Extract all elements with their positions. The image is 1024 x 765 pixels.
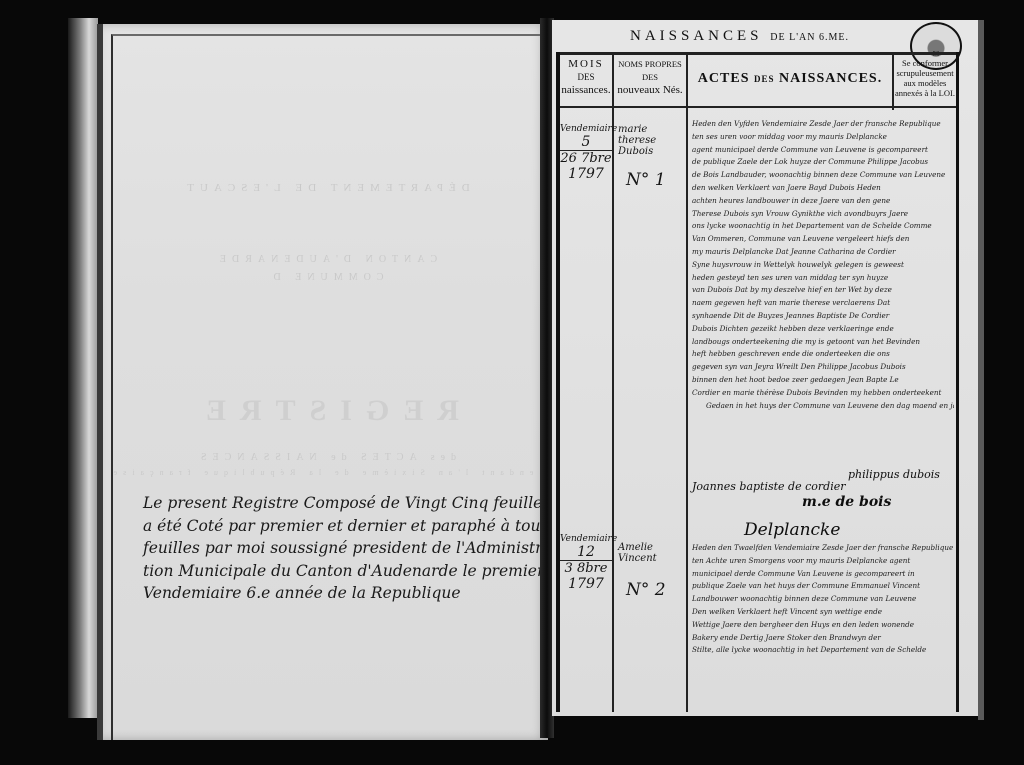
column-rule bbox=[612, 52, 614, 712]
text-line: de publique Zaele der Lok huyze der Comm… bbox=[692, 156, 954, 169]
text-line: Therese Dubois syn Vrouw Gynikthe vich a… bbox=[692, 208, 954, 221]
gregorian-date: 3 8bre bbox=[560, 560, 612, 576]
text-line: heden gesteyd ten ses uren van middag te… bbox=[692, 272, 954, 285]
text-line: ten ses uren voor middag voor my mauris … bbox=[692, 131, 954, 144]
note-line: a été Coté par premier et dernier et par… bbox=[143, 515, 543, 538]
header-word: ACTES bbox=[698, 71, 750, 86]
entry-1-date: Vendemiaire 5 26 7bre 1797 bbox=[560, 124, 612, 182]
bleed-through-title: REGISTRE bbox=[103, 394, 548, 428]
bleed-through-text: pendant l'an Sixième de la République fr… bbox=[103, 468, 548, 477]
column-rule bbox=[956, 52, 959, 712]
text-line: Syne huysvrouw in Wettelyk houwelyk gele… bbox=[692, 259, 954, 272]
signature-de-cordier: Joannes baptiste de cordier bbox=[692, 480, 845, 493]
text-line: municipael derde Commune Van Leuvene is … bbox=[692, 568, 954, 581]
text-line: agent municipael derde Commune van Leuve… bbox=[692, 144, 954, 157]
text-line: Landbouwer woonachtig binnen deze Commun… bbox=[692, 593, 954, 606]
text-line: Wettige Jaere den bergheer den Huys en d… bbox=[692, 619, 954, 632]
column-header-noms: NOMS PROPRES DES nouveaux Nés. bbox=[614, 58, 686, 97]
text-line: Dubois Dichten gezeikt hebben deze verkl… bbox=[692, 323, 954, 336]
column-header-note: Se conformer scrupuleusement aux modèles… bbox=[894, 58, 956, 98]
signature-philippus-dubois: philippus dubois bbox=[848, 468, 940, 481]
certification-note: Le present Registre Composé de Vingt Cin… bbox=[143, 492, 543, 605]
bleed-through-text: COMMUNE D bbox=[103, 272, 548, 283]
signature-m-de-bois: m.e de bois bbox=[802, 494, 891, 510]
bleed-through-text: CANTON D'AUDENARDE bbox=[103, 254, 548, 265]
entry-1-number: N° 1 bbox=[626, 170, 666, 190]
header-word: DES bbox=[754, 74, 775, 84]
text-line: binnen den het hoot bedoe zeer gedaegen … bbox=[692, 374, 954, 387]
entry-2-date: Vendemiaire 12 3 8bre 1797 bbox=[560, 534, 612, 592]
running-head: NAISSANCES DE L'AN 6.ME. bbox=[630, 28, 910, 45]
text-line: den welken Verklaert van Jaere Bayd Dubo… bbox=[692, 182, 954, 195]
closing-line: Gedaen in het huys der Commune van Leuve… bbox=[692, 400, 954, 413]
gregorian-date: 26 7bre bbox=[560, 150, 612, 166]
text-line: Van Ommeren, Commune van Leuvene vergele… bbox=[692, 233, 954, 246]
header-word: NAISSANCES. bbox=[779, 71, 882, 86]
right-page: NAISSANCES DE L'AN 6.ME. 50 MOIS DES nai… bbox=[552, 20, 980, 716]
entry-2-act-text: Heden den Twaelfden Vendemiaire Zesde Ja… bbox=[692, 542, 954, 657]
book-edge-right bbox=[978, 20, 984, 720]
text-line: Heden den Vyfden Vendemiaire Zesde Jaer … bbox=[692, 118, 954, 131]
note-line: Vendemiaire 6.e année de la Republique bbox=[143, 582, 543, 605]
left-page: DÉPARTEMENT DE L'ESCAUT CANTON D'AUDENAR… bbox=[97, 24, 548, 740]
header-line: DES bbox=[614, 71, 686, 84]
text-line: gegeven syn van Jeyra Wreilt Den Philipp… bbox=[692, 361, 954, 374]
text-line: achten heures landbouwer in deze Jaere v… bbox=[692, 195, 954, 208]
text-line: my mauris Delplancke Dat Jeanne Catharin… bbox=[692, 246, 954, 259]
republican-month: Vendemiaire bbox=[560, 534, 612, 544]
text-line: Stilte, alle lycke woonachtig in het Dep… bbox=[692, 644, 954, 657]
text-line: Cordier en marie thérèse Dubois Bevinden… bbox=[692, 387, 954, 400]
header-line: NOMS PROPRES bbox=[614, 58, 686, 71]
header-line: naissances. bbox=[560, 84, 612, 97]
entry-1-act-text: Heden den Vyfden Vendemiaire Zesde Jaer … bbox=[692, 118, 954, 412]
note-line: tion Municipale du Canton d'Audenarde le… bbox=[143, 560, 543, 583]
entry-2-name: Amelie Vincent bbox=[618, 542, 684, 564]
text-line: de Bois Landbauder, woonachtig binnen de… bbox=[692, 169, 954, 182]
bleed-through-text: des ACTES de NAISSANCES bbox=[103, 452, 548, 463]
text-line: van Dubois Dat by my deszelve hief en te… bbox=[692, 284, 954, 297]
republican-day: 5 bbox=[560, 134, 612, 150]
column-rule bbox=[686, 52, 688, 712]
entry-1-name: marie therese Dubois bbox=[618, 124, 684, 157]
text-line: publique Zaele van het huys der Commune … bbox=[692, 580, 954, 593]
bleed-through-text: DÉPARTEMENT DE L'ESCAUT bbox=[103, 182, 548, 194]
note-line: feuilles par moi soussigné president de … bbox=[143, 537, 543, 560]
text-line: heft hebben geschreven ende die ondertee… bbox=[692, 348, 954, 361]
text-line: Heden den Twaelfden Vendemiaire Zesde Ja… bbox=[692, 542, 954, 555]
year: 1797 bbox=[560, 166, 612, 182]
entry-2-number: N° 2 bbox=[626, 580, 666, 600]
header-line: DES bbox=[560, 71, 612, 84]
text-line: naem gegeven heft van marie therese verc… bbox=[692, 297, 954, 310]
text-line: Den welken Verklaert heft Vincent syn we… bbox=[692, 606, 954, 619]
note-line: Le present Registre Composé de Vingt Cin… bbox=[143, 492, 543, 515]
text-line: synhaende Dit de Buyzes Jeannes Baptiste… bbox=[692, 310, 954, 323]
republican-day: 12 bbox=[560, 544, 612, 560]
text-line: ons lycke woonachtig in het Departement … bbox=[692, 220, 954, 233]
republican-month: Vendemiaire bbox=[560, 124, 612, 134]
year: 1797 bbox=[560, 576, 612, 592]
header-line: nouveaux Nés. bbox=[614, 84, 686, 97]
text-line: Bakery ende Dertig Jaere Stoker den Bran… bbox=[692, 632, 954, 645]
text-line: landbougs onderteekening die my is getoo… bbox=[692, 336, 954, 349]
signature-delplancke: Delplancke bbox=[744, 520, 840, 540]
header-line: MOIS bbox=[560, 58, 612, 71]
table-top-rule bbox=[556, 52, 956, 55]
book-edge-left bbox=[68, 18, 98, 718]
text-line: ten Achte uren Smorgens voor my mauris D… bbox=[692, 555, 954, 568]
header-bottom-rule bbox=[556, 106, 956, 108]
column-header-actes: ACTES DES NAISSANCES. bbox=[688, 72, 892, 86]
running-head-suffix: DE L'AN 6.ME. bbox=[770, 32, 849, 43]
page-fold-edge bbox=[111, 34, 548, 740]
column-header-mois: MOIS DES naissances. bbox=[560, 58, 612, 97]
running-head-main: NAISSANCES bbox=[630, 28, 763, 44]
